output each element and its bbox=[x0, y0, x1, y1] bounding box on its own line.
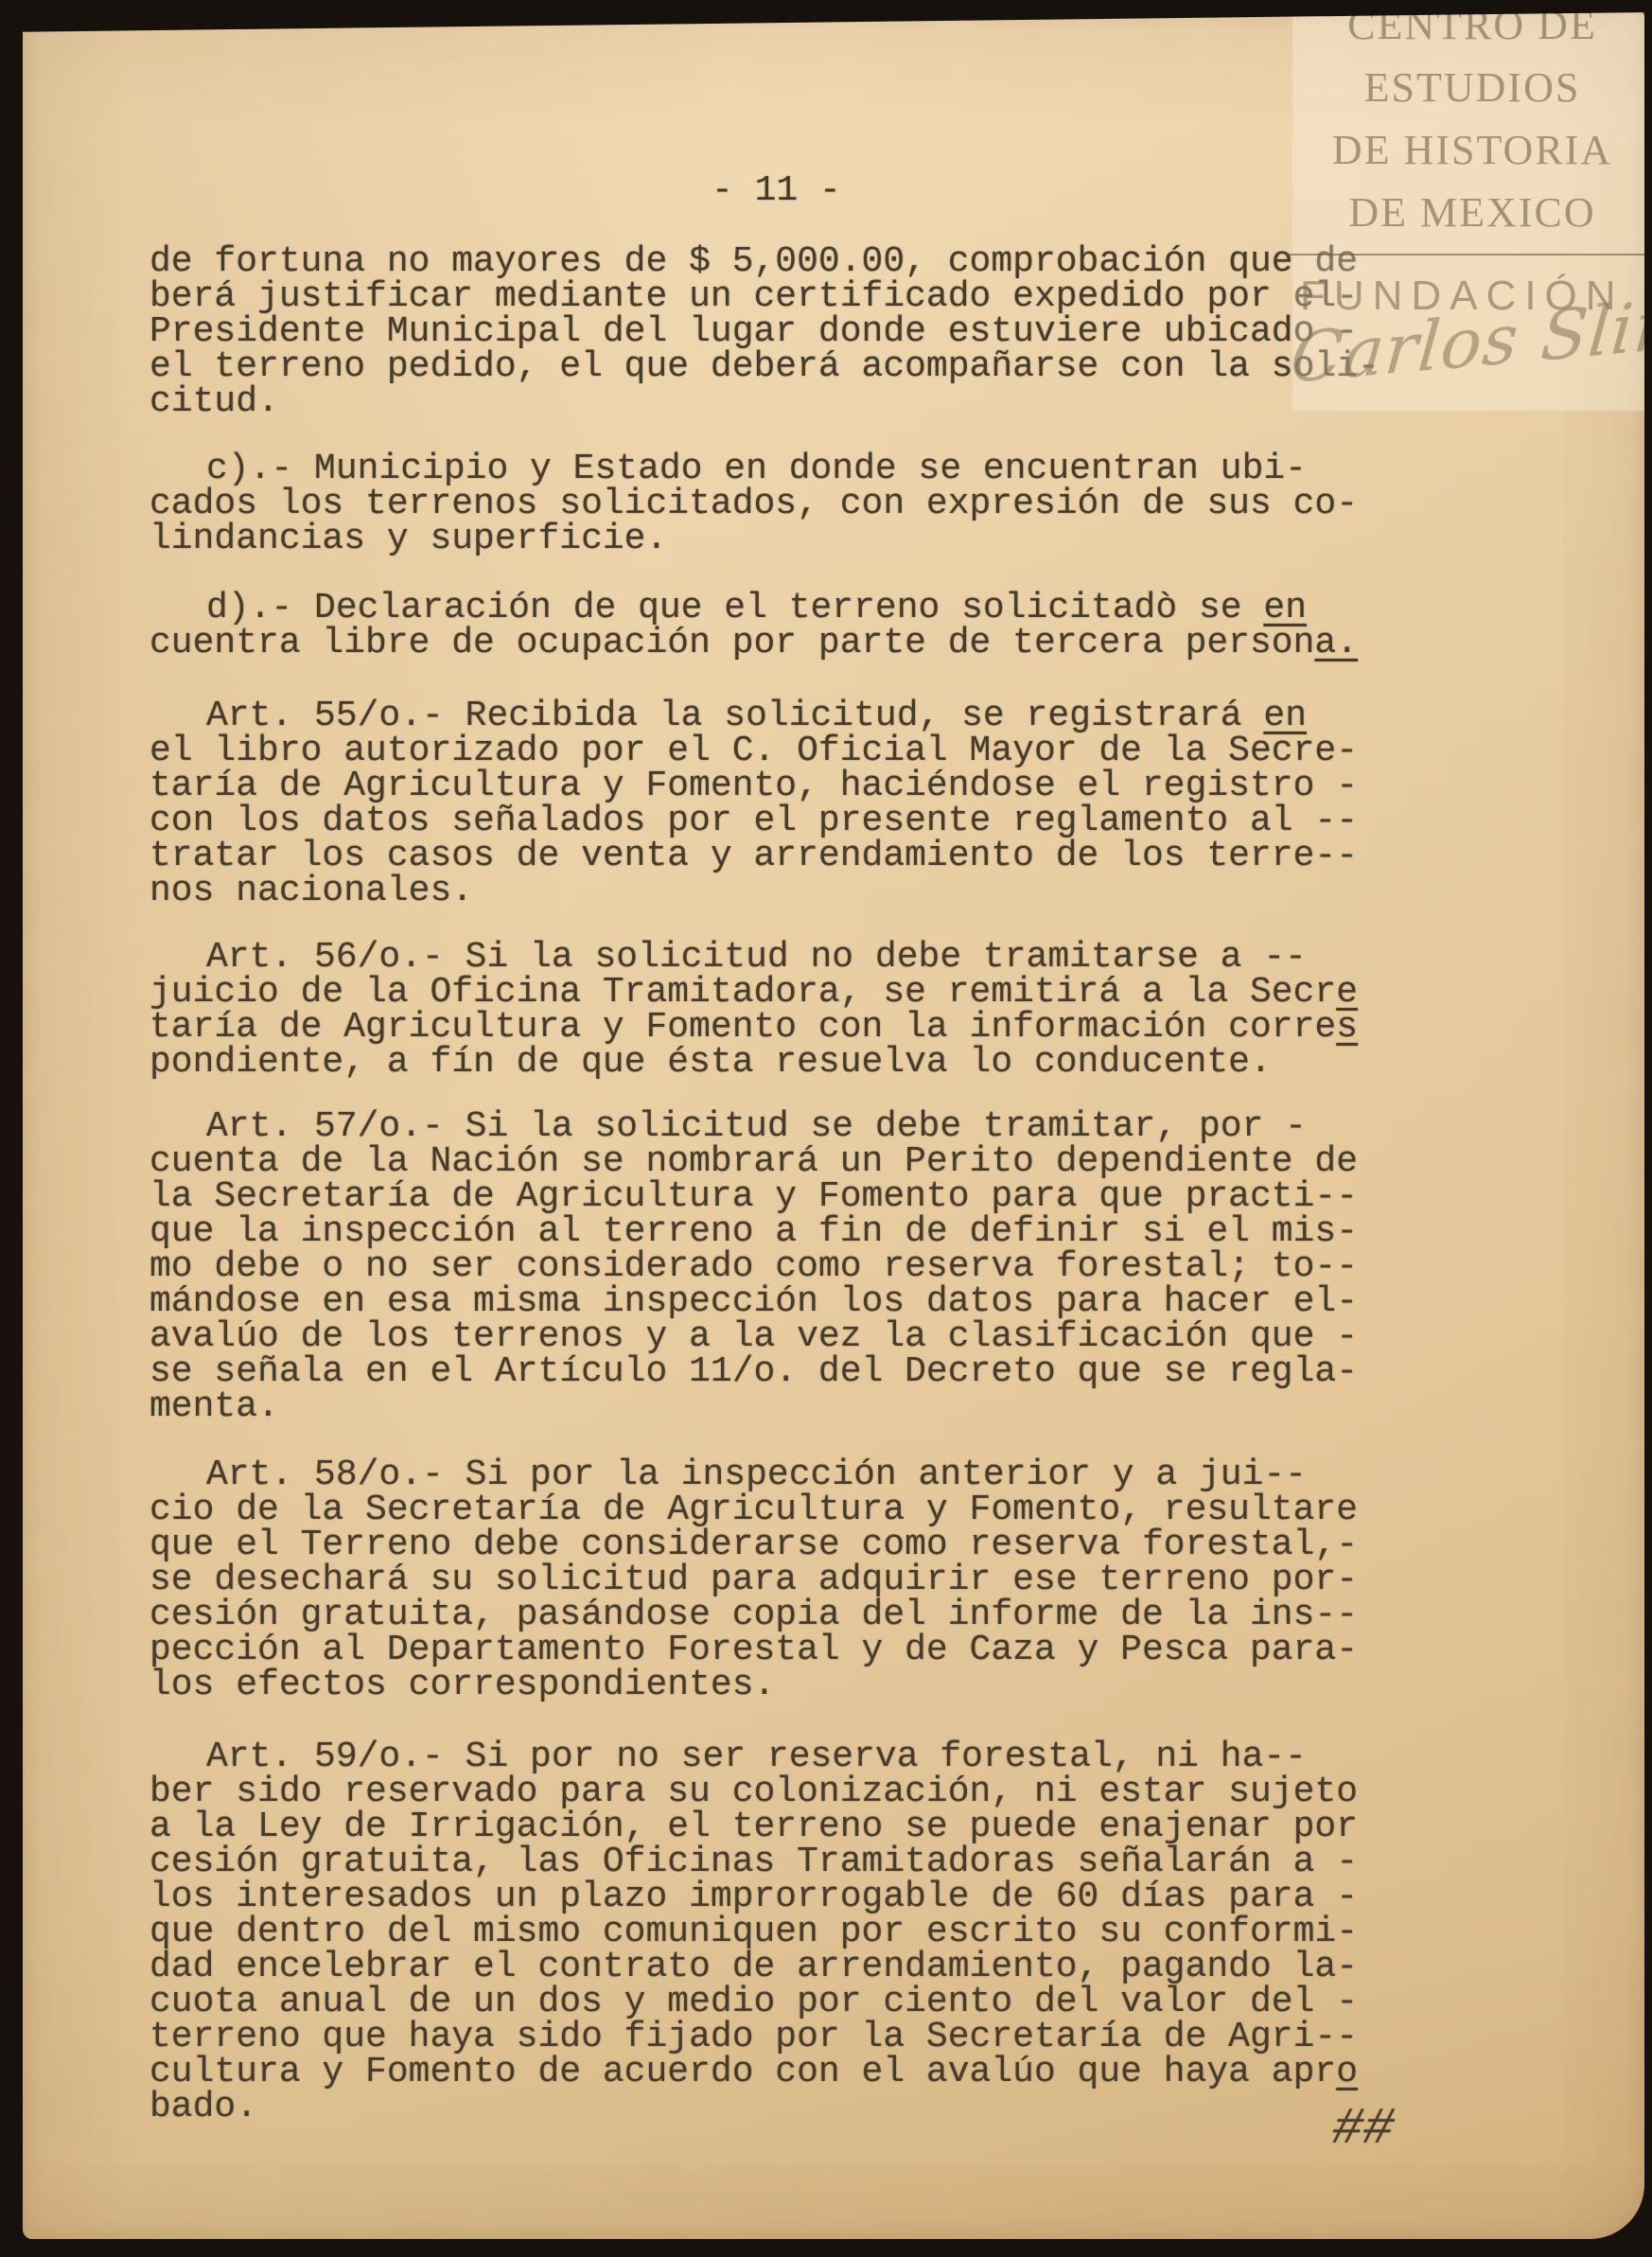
paragraph: Art. 56/o.- Si la solicitud no debe tram… bbox=[149, 940, 1465, 1080]
text-line: los interesados un plazo improrrogable d… bbox=[149, 1879, 1465, 1914]
text-line: de fortuna no mayores de $ 5,000.00, com… bbox=[149, 244, 1465, 279]
text-line: Art. 55/o.- Recibida la solicitud, se re… bbox=[149, 698, 1465, 733]
watermark-line: DE HISTORIA bbox=[1292, 119, 1652, 182]
text-line: bado. bbox=[149, 2089, 1465, 2125]
text-line: se señala en el Artículo 11/o. del Decre… bbox=[149, 1354, 1465, 1389]
text-line: d).- Declaración de que el terreno solic… bbox=[149, 591, 1465, 626]
text-line: mo debe o no ser considerado como reserv… bbox=[149, 1249, 1465, 1284]
watermark-divider-line bbox=[1287, 254, 1652, 256]
text-line: cuentra libre de ocupación por parte de … bbox=[149, 626, 1465, 661]
page-number: - 11 - bbox=[712, 170, 841, 211]
text-line: avalúo de los terrenos y a la vez la cla… bbox=[149, 1319, 1465, 1354]
paragraph: c).- Municipio y Estado en donde se encu… bbox=[149, 451, 1465, 556]
text-line: que la inspección al terreno a fin de de… bbox=[149, 1214, 1465, 1249]
scan-edge-left bbox=[0, 0, 23, 2257]
paragraph: d).- Declaración de que el terreno solic… bbox=[149, 591, 1465, 661]
paragraph: Art. 57/o.- Si la solicitud se debe tram… bbox=[149, 1109, 1465, 1424]
paragraph: Art. 58/o.- Si por la inspección anterio… bbox=[149, 1457, 1465, 1702]
text-line: cesión gratuita, pasándose copia del inf… bbox=[149, 1597, 1465, 1632]
text-line: cados los terrenos solicitados, con expr… bbox=[149, 486, 1465, 521]
text-line: el libro autorizado por el C. Oficial Ma… bbox=[149, 733, 1465, 768]
paragraph: de fortuna no mayores de $ 5,000.00, com… bbox=[149, 244, 1465, 419]
watermark-archive-name: CENTRO DEESTUDIOSDE HISTORIADE MEXICO bbox=[1292, 0, 1652, 244]
watermark-line: ESTUDIOS bbox=[1292, 57, 1652, 119]
text-line: Art. 58/o.- Si por la inspección anterio… bbox=[149, 1457, 1465, 1492]
text-line: que el Terreno debe considerarse como re… bbox=[149, 1527, 1465, 1562]
watermark-line: DE MEXICO bbox=[1292, 182, 1652, 244]
text-line: cultura y Fomento de acuerdo con el aval… bbox=[149, 2054, 1465, 2089]
text-line: citud. bbox=[149, 384, 1465, 419]
text-line: Art. 57/o.- Si la solicitud se debe tram… bbox=[149, 1109, 1465, 1144]
text-line: la Secretaría de Agricultura y Fomento p… bbox=[149, 1179, 1465, 1214]
text-line: pección al Departamento Forestal y de Ca… bbox=[149, 1632, 1465, 1667]
paragraph: Art. 55/o.- Recibida la solicitud, se re… bbox=[149, 698, 1465, 908]
text-line: con los datos señalados por el presente … bbox=[149, 803, 1465, 838]
scan-edge-right bbox=[1644, 0, 1652, 2257]
text-line: menta. bbox=[149, 1389, 1465, 1424]
text-line: tratar los casos de venta y arrendamient… bbox=[149, 838, 1465, 873]
text-line: los efectos correspondientes. bbox=[149, 1667, 1465, 1702]
text-line: se desechará su solicitud para adquirir … bbox=[149, 1562, 1465, 1597]
scanned-document-page: - 11 - de fortuna no mayores de $ 5,000.… bbox=[0, 0, 1652, 2257]
text-line: ber sido reservado para su colonización,… bbox=[149, 1774, 1465, 1809]
watermark-overlay: CENTRO DEESTUDIOSDE HISTORIADE MEXICO FU… bbox=[1292, 0, 1652, 411]
text-line: a la Ley de Irrigación, el terreno se pu… bbox=[149, 1809, 1465, 1844]
text-line: juicio de la Oficina Tramitadora, se rem… bbox=[149, 975, 1465, 1010]
text-line: berá justificar mediante un certificado … bbox=[149, 279, 1465, 314]
text-line: nos nacionales. bbox=[149, 873, 1465, 908]
text-line: cio de la Secretaría de Agricultura y Fo… bbox=[149, 1492, 1465, 1527]
text-line: Presidente Municipal del lugar donde est… bbox=[149, 314, 1465, 349]
paragraph: Art. 59/o.- Si por no ser reserva forest… bbox=[149, 1739, 1465, 2125]
text-line: cuota anual de un dos y medio por ciento… bbox=[149, 1984, 1465, 2019]
text-line: taría de Agricultura y Fomento con la in… bbox=[149, 1010, 1465, 1045]
text-line: mándose en esa misma inspección los dato… bbox=[149, 1284, 1465, 1319]
text-line: lindancias y superficie. bbox=[149, 521, 1465, 556]
text-line: c).- Municipio y Estado en donde se encu… bbox=[149, 451, 1465, 486]
text-line: cesión gratuita, las Oficinas Tramitador… bbox=[149, 1844, 1465, 1879]
text-line: terreno que haya sido fijado por la Secr… bbox=[149, 2019, 1465, 2054]
text-line: Art. 59/o.- Si por no ser reserva forest… bbox=[149, 1739, 1465, 1774]
text-line: taría de Agricultura y Fomento, haciéndo… bbox=[149, 768, 1465, 803]
scan-edge-bottom bbox=[0, 2239, 1652, 2257]
text-line: pondiente, a fín de que ésta resuelva lo… bbox=[149, 1045, 1465, 1080]
text-line: cuenta de la Nación se nombrará un Perit… bbox=[149, 1144, 1465, 1179]
text-line: Art. 56/o.- Si la solicitud no debe tram… bbox=[149, 940, 1465, 975]
text-line: dad encelebrar el contrato de arrendamie… bbox=[149, 1949, 1465, 1984]
text-line: que dentro del mismo comuniquen por escr… bbox=[149, 1914, 1465, 1949]
text-line: el terreno pedido, el que deberá acompañ… bbox=[149, 349, 1465, 384]
